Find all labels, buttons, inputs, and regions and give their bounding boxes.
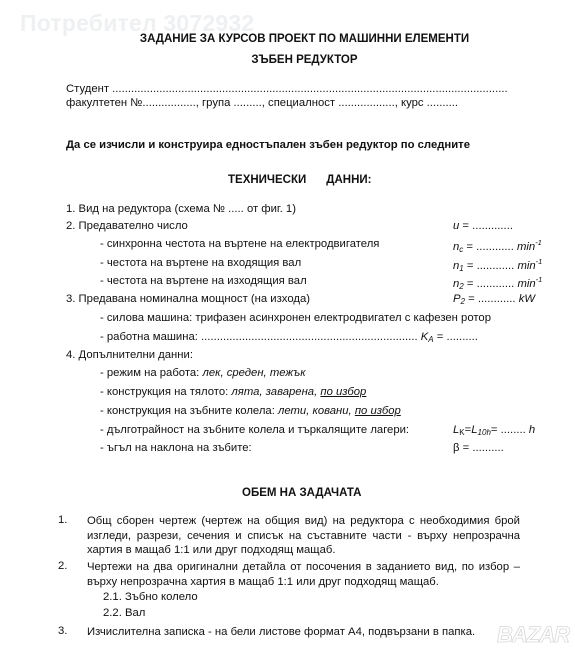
scope-item-1: 1. Общ сборен чертеж (чертеж на общия ви… [58,514,520,558]
student-line: Студент ................................… [66,83,508,95]
tech-item-3: 3. Предавана номинална мощност (на изход… [66,293,310,305]
tech-item-2: 2. Предавателно число [66,220,188,232]
document-title: ЗАДАНИЕ ЗА КУРСОВ ПРОЕКТ ПО МАШИННИ ЕЛЕМ… [17,33,575,45]
tech-item-2b: - честота на въртене на входящия вал [100,257,301,269]
bazar-logo: BAZAR [497,622,569,648]
helix-angle-field: β = .......... [453,442,504,454]
tech-item-4e: - ъгъл на наклона на зъбите: [100,442,252,454]
scope-subitem-shaft: 2.2. Вал [103,605,520,621]
scope-item-3: 3. Изчислителна записка - на бели листов… [58,625,520,640]
tech-item-4: 4. Допълнителни данни: [66,349,193,361]
n1-field: n1 = ............ min-1 [453,257,542,273]
technical-heading: ТЕХНИЧЕСКИДАННИ: [228,174,371,186]
tech-item-4b: - конструкция на тялото: лята, заварена,… [100,386,366,398]
faculty-line: факултетен №................., група ...… [66,97,458,109]
intro-text: Да се изчисли и конструира едностъпален … [66,139,470,151]
nc-field: nc = ............ min-1 [453,238,542,254]
tech-item-4d: - дълготрайност на зъбните колела и търк… [100,424,409,436]
power-field: P2 = ............ kW [453,293,535,306]
tech-item-2c: - честота на въртене на изходящия вал [100,275,307,287]
scope-item-2: 2. Чертежи на два оригинални детайла от … [58,560,520,621]
tech-item-3a: - силова машина: трифазен асинхронен еле… [100,312,491,324]
n2-field: n2 = ............ min-1 [453,275,542,291]
tech-item-3b: - работна машина: ......................… [100,331,478,344]
tech-item-1: 1. Вид на редуктора (схема № ..... от фи… [66,203,296,215]
scope-heading: ОБЕМ НА ЗАДАЧАТА [242,487,361,499]
scope-subitem-gear: 2.1. Зъбно колело [103,589,520,605]
tech-item-4c: - конструкция на зъбните колела: лети, к… [100,405,401,417]
document-subtitle: ЗЪБЕН РЕДУКТОР [17,54,575,66]
tech-item-2a: - синхронна честота на въртене на електр… [100,238,379,250]
lifetime-field: LK=L10h= ........ h [453,424,535,437]
ratio-field: u = ............. [453,220,513,232]
tech-item-4a: - режим на работа: лек, среден, тежък [100,367,306,379]
